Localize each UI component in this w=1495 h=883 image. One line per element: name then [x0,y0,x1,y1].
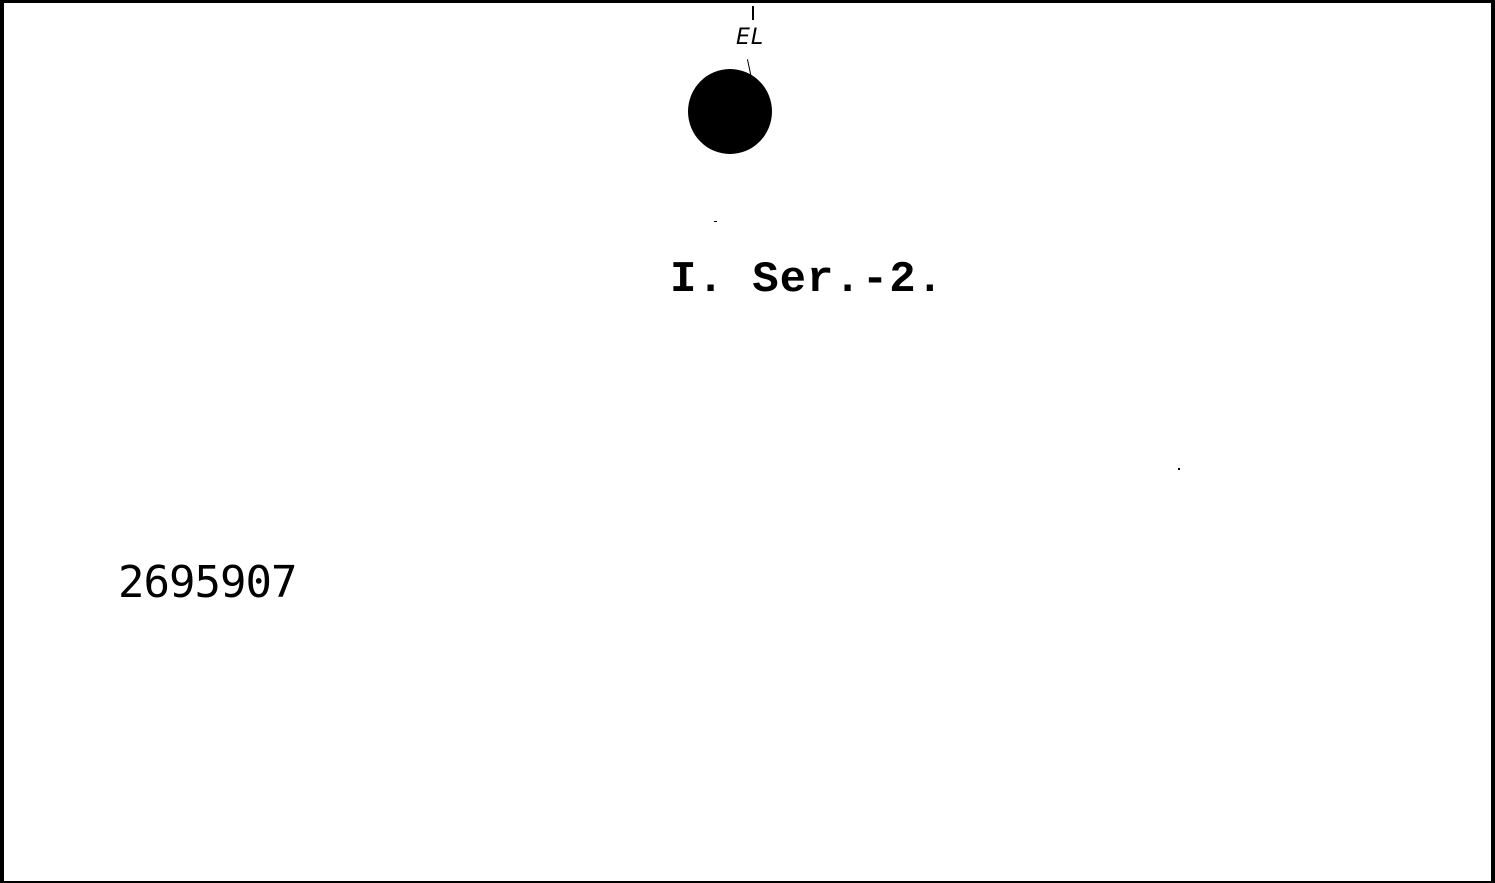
pencil-stroke [752,6,754,20]
handwritten-annotation: EL [736,25,764,50]
series-label: I. Ser.-2. [670,255,944,305]
record-number: 2695907 [118,557,296,608]
punch-hole-icon [688,69,772,154]
ink-speck [1178,468,1180,470]
index-card: EL I. Ser.-2. 2695907 [0,0,1495,883]
ink-speck [714,221,717,222]
